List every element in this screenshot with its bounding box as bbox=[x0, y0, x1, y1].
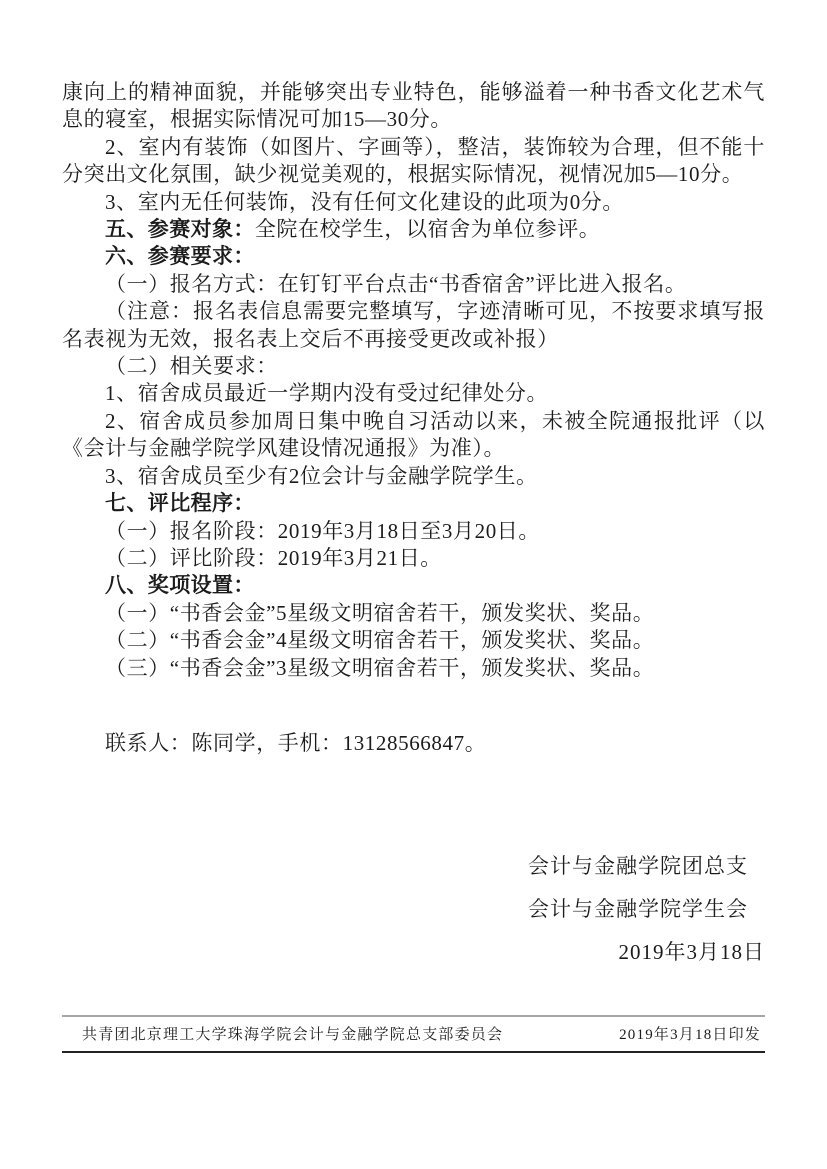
paragraph-scoring-continuation: 康向上的精神面貌，并能够突出专业特色，能够溢着一种书香文化艺术气息的寝室，根据实… bbox=[62, 79, 765, 134]
paragraph-section-7-procedure: 七、评比程序： bbox=[62, 490, 765, 517]
paragraph-text: （一）“书香会金”5星级文明宿舍若干，颁发奖状、奖品。 bbox=[105, 601, 654, 625]
paragraph-text: 康向上的精神面貌，并能够突出专业特色，能够溢着一种书香文化艺术气息的寝室，根据实… bbox=[62, 80, 765, 131]
paragraph-award-3-star: （三）“书香会金”3星级文明宿舍若干，颁发奖状、奖品。 bbox=[62, 655, 765, 682]
paragraph-requirement-2: 2、宿舍成员参加周日集中晚自习活动以来，未被全院通报批评（以《会计与金融学院学风… bbox=[62, 408, 765, 463]
paragraph-requirement-3: 3、宿舍成员至少有2位会计与金融学院学生。 bbox=[62, 463, 765, 490]
document-page: 康向上的精神面貌，并能够突出专业特色，能够溢着一种书香文化艺术气息的寝室，根据实… bbox=[0, 0, 827, 1169]
footer-row: 共青团北京理工大学珠海学院会计与金融学院总支部委员会 2019年3月18日印发 bbox=[62, 1023, 765, 1044]
footer-issuer: 共青团北京理工大学珠海学院会计与金融学院总支部委员会 bbox=[82, 1023, 503, 1044]
paragraph-text: 1、宿舍成员最近一学期内没有受过纪律处分。 bbox=[105, 381, 548, 405]
paragraph-text: （一）报名阶段：2019年3月18日至3月20日。 bbox=[105, 519, 540, 543]
paragraph-registration-method: （一）报名方式：在钉钉平台点击“书香宿舍”评比进入报名。 bbox=[62, 271, 765, 298]
signature-block: 会计与金融学院团总支 会计与金融学院学生会 2019年3月18日 bbox=[62, 845, 765, 974]
paragraph-requirement-1: 1、宿舍成员最近一学期内没有受过纪律处分。 bbox=[62, 380, 765, 407]
paragraph-text: （二）相关要求： bbox=[105, 354, 278, 378]
paragraph-text: （二）“书香会金”4星级文明宿舍若干，颁发奖状、奖品。 bbox=[105, 628, 654, 652]
paragraph-text: （注意：报名表信息需要完整填写，字迹清晰可见，不按要求填写报名表视为无效，报名表… bbox=[62, 299, 765, 350]
section-heading-label: 六、参赛要求： bbox=[105, 245, 255, 268]
document-body: 康向上的精神面貌，并能够突出专业特色，能够溢着一种书香文化艺术气息的寝室，根据实… bbox=[62, 79, 765, 974]
paragraph-evaluation-phase: （二）评比阶段：2019年3月21日。 bbox=[62, 545, 765, 572]
paragraph-text: （一）报名方式：在钉钉平台点击“书香宿舍”评比进入报名。 bbox=[105, 272, 686, 296]
paragraph-text: 3、室内无任何装饰，没有任何文化建设的此项为0分。 bbox=[105, 190, 624, 214]
paragraph-section-8-awards: 八、奖项设置： bbox=[62, 572, 765, 599]
paragraph-award-5-star: （一）“书香会金”5星级文明宿舍若干，颁发奖状、奖品。 bbox=[62, 600, 765, 627]
paragraph-section-6-requirements: 六、参赛要求： bbox=[62, 243, 765, 270]
contact-line: 联系人：陈同学，手机：13128566847。 bbox=[62, 730, 765, 757]
paragraph-text: 3、宿舍成员至少有2位会计与金融学院学生。 bbox=[105, 464, 538, 488]
section-heading-label: 八、奖项设置： bbox=[105, 574, 255, 597]
paragraph-text: 全院在校学生，以宿舍为单位参评。 bbox=[255, 217, 601, 241]
signature-org-2: 会计与金融学院学生会 bbox=[62, 888, 765, 931]
footer: 共青团北京理工大学珠海学院会计与金融学院总支部委员会 2019年3月18日印发 bbox=[62, 1015, 765, 1053]
section-heading-label: 五、参赛对象： bbox=[105, 218, 255, 241]
footer-print-date: 2019年3月18日印发 bbox=[619, 1023, 761, 1044]
paragraph-section-5-participants: 五、参赛对象：全院在校学生，以宿舍为单位参评。 bbox=[62, 216, 765, 243]
signature-org-1: 会计与金融学院团总支 bbox=[62, 845, 765, 888]
paragraph-text: （三）“书香会金”3星级文明宿舍若干，颁发奖状、奖品。 bbox=[105, 656, 654, 680]
signature-date: 2019年3月18日 bbox=[62, 931, 765, 974]
paragraph-scoring-rule-3: 3、室内无任何装饰，没有任何文化建设的此项为0分。 bbox=[62, 189, 765, 216]
section-heading-label: 七、评比程序： bbox=[105, 492, 255, 515]
paragraph-registration-note: （注意：报名表信息需要完整填写，字迹清晰可见，不按要求填写报名表视为无效，报名表… bbox=[62, 298, 765, 353]
paragraph-text: （二）评比阶段：2019年3月21日。 bbox=[105, 546, 442, 570]
paragraph-registration-phase: （一）报名阶段：2019年3月18日至3月20日。 bbox=[62, 518, 765, 545]
paragraph-award-4-star: （二）“书香会金”4星级文明宿舍若干，颁发奖状、奖品。 bbox=[62, 627, 765, 654]
paragraph-related-requirements: （二）相关要求： bbox=[62, 353, 765, 380]
paragraph-text: 2、室内有装饰（如图片、字画等），整洁，装饰较为合理，但不能十分突出文化氛围，缺… bbox=[62, 135, 765, 186]
paragraph-text: 2、宿舍成员参加周日集中晚自习活动以来，未被全院通报批评（以《会计与金融学院学风… bbox=[62, 409, 765, 460]
paragraph-scoring-rule-2: 2、室内有装饰（如图片、字画等），整洁，装饰较为合理，但不能十分突出文化氛围，缺… bbox=[62, 134, 765, 189]
